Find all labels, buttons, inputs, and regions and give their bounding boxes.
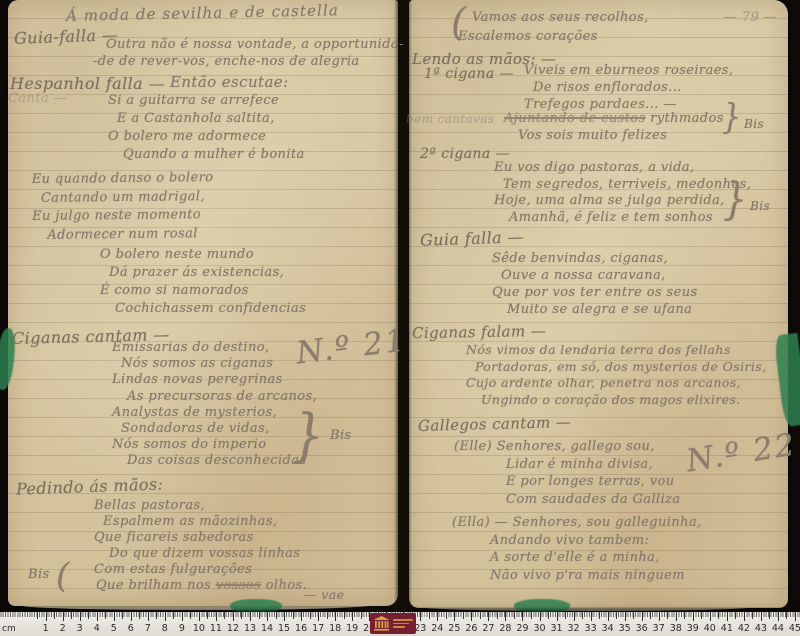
cm-number: 7 — [145, 623, 151, 634]
cm-number: 1 — [43, 623, 49, 634]
half-cm-tick — [667, 612, 668, 619]
cm-tick — [454, 612, 455, 621]
cm-tick — [659, 612, 660, 621]
half-cm-tick — [769, 612, 770, 619]
bis-brace: } — [292, 406, 324, 464]
half-cm-tick — [207, 612, 208, 619]
cm-number: 30 — [533, 623, 545, 634]
cm-tick — [557, 612, 558, 621]
manuscript-line: E por longes terras, vou — [506, 473, 681, 491]
cm-number: 6 — [128, 623, 134, 634]
manuscript-line: (Ella) — Senhores, sou galleguinha, — [452, 514, 702, 532]
cm-number: 18 — [329, 623, 341, 634]
cm-number: 14 — [261, 623, 273, 634]
cm-number: 8 — [162, 623, 168, 634]
cm-tick — [608, 612, 609, 621]
manuscript-line: Não vivo p'ra mais ninguem — [490, 567, 702, 585]
cm-tick — [233, 612, 234, 621]
manuscript-line: Que por vos ter entre os seus — [492, 284, 698, 301]
cm-tick — [795, 612, 796, 621]
half-cm-tick — [276, 612, 277, 619]
cm-tick — [97, 612, 98, 621]
cm-number: 11 — [210, 623, 222, 634]
cm-number: 17 — [312, 623, 324, 634]
manuscript-line: Escalemos corações — [458, 27, 649, 46]
manuscript-line: Que ficareis sabedoras — [94, 530, 300, 546]
manuscript-line: Adormecer num rosal — [47, 225, 214, 245]
manuscript-line: Nós somos as ciganas — [121, 356, 317, 372]
manuscript-line: -de de rever-vos, enche-nos de alegria — [93, 53, 404, 70]
cm-tick — [131, 612, 132, 621]
opening-verse: Vamos aos seus recolhos,Escalemos coraçõ… — [472, 8, 649, 46]
half-cm-tick — [786, 612, 787, 619]
bis-annotation: Bis — [28, 567, 50, 582]
manuscript-line: Cujo ardente olhar, penetra nos arcanos, — [466, 375, 766, 392]
manuscript-line: Viveis em eburneos roseiraes, — [524, 62, 733, 79]
cm-number: 36 — [636, 623, 648, 634]
cm-number: 4 — [94, 623, 100, 634]
green-cloth-mark — [230, 599, 282, 613]
book-gutter — [394, 0, 412, 612]
cm-number: 38 — [670, 623, 682, 634]
half-cm-tick — [139, 612, 140, 619]
half-cm-tick — [446, 612, 447, 619]
manuscript-line: Com saudades da Galliza — [506, 491, 681, 509]
cm-tick — [114, 612, 115, 621]
manuscript-line: (Elle) Senhores, gallego sou, — [454, 438, 681, 456]
cm-number: 25 — [448, 623, 460, 634]
cm-number: 3 — [77, 623, 83, 634]
hespanhol-cue: Então escutae: — [170, 73, 289, 91]
struck-word: vossos — [216, 578, 261, 593]
half-cm-tick — [531, 612, 532, 619]
half-cm-tick — [497, 612, 498, 619]
cm-tick — [318, 612, 319, 621]
cm-tick — [46, 612, 47, 621]
cm-number: 33 — [585, 623, 597, 634]
bis-annotation: Bis — [744, 117, 764, 131]
gallegos-ella-verse: (Ella) — Senhores, sou galleguinha,Andan… — [452, 514, 702, 584]
cm-number: 26 — [465, 623, 477, 634]
cm-tick — [522, 612, 523, 621]
half-cm-tick — [105, 612, 106, 619]
bis-brace: } — [722, 101, 742, 136]
manuscript-line: Sondadoras de vidas, — [121, 421, 317, 437]
manuscript-line: Quando a mulher é bonita — [123, 146, 305, 164]
guia-verse: Sêde benvindas, ciganas,Ouve a nossa car… — [492, 250, 698, 318]
cm-tick — [625, 612, 626, 621]
cm-number: 23 — [414, 623, 426, 634]
half-cm-tick — [37, 612, 38, 619]
cm-tick — [420, 612, 421, 621]
green-cloth-mark — [514, 599, 570, 613]
cm-number: 15 — [278, 623, 290, 634]
page-number: — 79 — — [724, 10, 777, 25]
cm-tick — [761, 612, 762, 621]
cm-number: 12 — [227, 623, 239, 634]
cigana-2-verse: Eu vos digo pastoras, a vida,Tem segredo… — [494, 160, 751, 226]
manuscript-line: Dá prazer ás existencias, — [109, 264, 306, 282]
cm-number: 31 — [550, 623, 562, 634]
cm-tick — [591, 612, 592, 621]
manuscript-line: Vamos aos seus recolhos, — [472, 8, 649, 27]
half-cm-tick — [718, 612, 719, 619]
cm-tick — [778, 612, 779, 621]
manuscript-line: Eu quando danso o bolero — [32, 169, 214, 189]
cm-number: 2 — [60, 623, 66, 634]
manuscript-line: Cantando um madrigal, — [41, 188, 214, 208]
half-cm-tick — [361, 612, 362, 619]
half-cm-tick — [463, 612, 464, 619]
half-cm-tick — [735, 612, 736, 619]
half-cm-tick — [752, 612, 753, 619]
pedindo-last-line: Que brilham nos vossos olhos. — [96, 578, 307, 593]
gallegos-elle-verse: (Elle) Senhores, gallego sou,Lidar é min… — [454, 438, 681, 508]
corrected-line: Ajuntando de custos rythmados — [504, 111, 724, 126]
half-cm-tick — [224, 612, 225, 619]
half-cm-tick — [310, 612, 311, 619]
cm-tick — [693, 612, 694, 621]
half-cm-tick — [156, 612, 157, 619]
half-cm-tick — [582, 612, 583, 619]
manuscript-line: Analystas de mysterios, — [112, 405, 317, 421]
cm-number: 44 — [772, 623, 784, 634]
library-building-icon — [373, 616, 390, 631]
manuscript-line: É como si namorados — [100, 282, 306, 300]
half-cm-tick — [173, 612, 174, 619]
cm-number: 13 — [244, 623, 256, 634]
half-cm-tick — [565, 612, 566, 619]
manuscript-line: Emissarias do destino, — [112, 340, 317, 356]
canta-margin-note: Canta — — [8, 91, 67, 106]
cigana-1-verse: Viveis em eburneos roseiraes,De risos en… — [524, 62, 733, 113]
cm-tick — [199, 612, 200, 621]
half-cm-tick — [190, 612, 191, 619]
half-cm-tick — [514, 612, 515, 619]
manuscript-line: Com estas fulgurações — [94, 562, 300, 578]
line-fragment: Que brilham nos — [96, 578, 216, 593]
cm-tick — [63, 612, 64, 621]
cm-number: 16 — [295, 623, 307, 634]
manuscript-line: O bolero me adormece — [108, 128, 305, 146]
cm-tick — [216, 612, 217, 621]
manuscript-line: Cochichassem confidencias — [115, 300, 306, 318]
cm-tick — [250, 612, 251, 621]
half-cm-tick — [548, 612, 549, 619]
cm-number: 42 — [738, 623, 750, 634]
cm-number: 10 — [193, 623, 205, 634]
struck-phrase: Ajuntando de custos — [504, 111, 646, 126]
cm-tick — [540, 612, 541, 621]
speaker-guia-falla: Guia falla — — [420, 227, 525, 250]
manuscript-scan: Á moda de sevilha e de castella Guia-fal… — [0, 0, 800, 636]
cm-tick — [165, 612, 166, 621]
cm-tick — [505, 612, 506, 621]
manuscript-line: Portadoras, em só, dos mysterios de Osir… — [475, 359, 766, 376]
cm-number: 32 — [568, 623, 580, 634]
half-cm-tick — [344, 612, 345, 619]
cm-number: 9 — [179, 623, 185, 634]
manuscript-line: Bellas pastoras, — [94, 498, 300, 514]
bis-brace: } — [723, 177, 748, 221]
cm-tick — [676, 612, 677, 621]
cm-tick — [471, 612, 472, 621]
manuscript-line: Nós somos do imperio — [112, 437, 317, 453]
archive-badge — [370, 613, 416, 634]
bis-annotation: Bis — [750, 199, 770, 213]
bolero-stanza-1: Eu quando danso o boleroCantando um madr… — [32, 169, 215, 245]
half-cm-tick — [122, 612, 123, 619]
cm-tick — [80, 612, 81, 621]
cm-tick — [267, 612, 268, 621]
cm-tick — [710, 612, 711, 621]
cm-number: 35 — [619, 623, 631, 634]
manuscript-line: Eu vos digo pastoras, a vida, — [494, 160, 751, 177]
ciganas-falam-verse: Nós vimos da lendaria terra dos fellahsP… — [466, 342, 766, 408]
bis-annotation: Bis — [330, 428, 352, 443]
manuscript-line: Si a guitarra se arrefece — [108, 92, 305, 110]
cm-number: 27 — [482, 623, 494, 634]
manuscript-line: Das coisas desconhecidas — [127, 453, 317, 469]
half-cm-tick — [293, 612, 294, 619]
cm-tick — [727, 612, 728, 621]
half-cm-tick — [241, 612, 242, 619]
half-cm-tick — [259, 612, 260, 619]
cm-number: 34 — [602, 623, 614, 634]
manuscript-line: O bolero neste mundo — [100, 246, 306, 264]
speaker-cigana-1: 1ª cigana — — [424, 66, 514, 82]
pedindo-verse: Bellas pastoras,Espalmem as mãozinhas,Qu… — [94, 498, 300, 578]
half-cm-tick — [633, 612, 634, 619]
line-fragment: olhos. — [261, 578, 307, 593]
bis-paren: ( — [56, 556, 70, 596]
manuscript-line: Tem segredos, terriveis, medonhos, — [503, 177, 751, 194]
cm-number: 43 — [755, 623, 767, 634]
cm-tick — [437, 612, 438, 621]
cm-number: 40 — [704, 623, 716, 634]
felizes-line: Vos sois muito felizes — [518, 128, 667, 143]
half-cm-tick — [429, 612, 430, 619]
cm-tick — [301, 612, 302, 621]
vae-note: — vae — [304, 587, 344, 602]
manuscript-line: Eu julgo neste momento — [32, 206, 214, 226]
manuscript-line: As precursoras de arcanos, — [127, 389, 317, 405]
manuscript-line: Andando vivo tambem: — [490, 532, 702, 550]
cm-tick — [148, 612, 149, 621]
cm-number: 28 — [499, 623, 511, 634]
cm-number: 45 — [789, 623, 800, 634]
cm-tick — [284, 612, 285, 621]
cm-number: 5 — [111, 623, 117, 634]
cm-number: 41 — [721, 623, 733, 634]
cm-tick — [335, 612, 336, 621]
cm-number: 24 — [431, 623, 443, 634]
half-cm-tick — [701, 612, 702, 619]
cm-number: 39 — [687, 623, 699, 634]
half-cm-tick — [599, 612, 600, 619]
cm-tick — [352, 612, 353, 621]
ruler-unit-label: cm — [2, 624, 16, 634]
cm-tick — [182, 612, 183, 621]
manuscript-line: A sorte d'elle é a minha, — [490, 549, 702, 567]
cm-tick — [744, 612, 745, 621]
manuscript-line: Do que dizem vossas linhas — [109, 546, 300, 562]
manuscript-line: Sêde benvindas, ciganas, — [492, 250, 698, 267]
manuscript-line: E a Castanhola saltita, — [117, 110, 305, 128]
cm-tick — [574, 612, 575, 621]
manuscript-line: Outra não é nossa vontade, a opportunida… — [106, 36, 404, 53]
manuscript-line: Lidar é minha divisa, — [506, 456, 681, 474]
bolero-stanza-2: O bolero neste mundoDá prazer ás existen… — [100, 246, 306, 318]
half-cm-tick — [650, 612, 651, 619]
half-cm-tick — [327, 612, 328, 619]
cm-number: 19 — [346, 623, 358, 634]
manuscript-line: Hoje, uma alma se julga perdida, — [494, 193, 751, 210]
cm-tick — [642, 612, 643, 621]
guia-lines: Outra não é nossa vontade, a opportunida… — [84, 36, 404, 70]
manuscript-line: Ouve a nossa caravana, — [501, 267, 698, 284]
speaker-ciganas-falam: Ciganas falam — — [412, 322, 546, 342]
half-cm-tick — [480, 612, 481, 619]
manuscript-line: Nós vimos da lendaria terra dos fellahs — [466, 342, 766, 359]
half-cm-tick — [71, 612, 72, 619]
cm-number: 37 — [653, 623, 665, 634]
margin-correction-note: bem cantavas — [406, 112, 494, 126]
manuscript-line: Espalmem as mãozinhas, — [103, 514, 300, 530]
ciganas-verse: Emissarias do destino,Nós somos as cigan… — [112, 340, 317, 470]
manuscript-line: Muito se alegra e se ufana — [507, 301, 698, 318]
manuscript-line: Ungindo o coração dos magos elixires. — [481, 392, 766, 409]
half-cm-tick — [54, 612, 55, 619]
half-cm-tick — [684, 612, 685, 619]
cm-tick — [488, 612, 489, 621]
half-cm-tick — [88, 612, 89, 619]
badge-text-lines — [393, 619, 413, 628]
manuscript-line: Amanhã, é feliz e tem sonhos — [509, 210, 751, 227]
manuscript-line: Lindas novas peregrinas — [112, 372, 317, 388]
line-fragment: rythmados — [646, 111, 724, 126]
half-cm-tick — [616, 612, 617, 619]
manuscript-line: De risos enflorados... — [533, 79, 733, 96]
hespanhol-verse: Si a guitarra se arrefeceE a Castanhola … — [108, 92, 305, 164]
cm-number: 29 — [516, 623, 528, 634]
